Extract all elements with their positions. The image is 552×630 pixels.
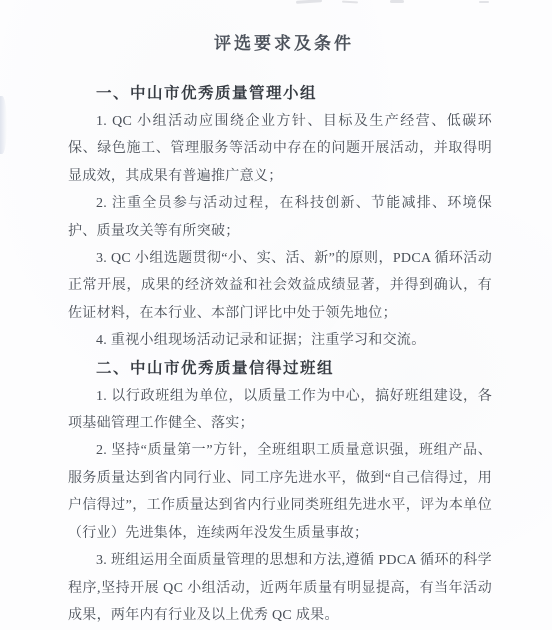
document-page: 评选要求及条件 一、中山市优秀质量管理小组 1. QC 小组活动应围绕企业方针、…	[0, 0, 552, 630]
paragraph: 2. 坚持“质量第一”方针，全班组职工质量意识强，班组产品、服务质量达到省内同行…	[68, 437, 492, 547]
scan-artifact	[0, 96, 7, 154]
paragraph: 2. 注重全员参与活动过程，在科技创新、节能减排、环境保护、质量攻关等有所突破；	[68, 190, 492, 245]
paragraph: 3. 班组运用全面质量管理的思想和方法,遵循 PDCA 循环的科学程序,坚持开展…	[68, 547, 492, 629]
paragraph: 1. QC 小组活动应围绕企业方针、目标及生产经营、低碳环保、绿色施工、管理服务…	[68, 108, 492, 190]
paragraph: 1. 以行政班组为单位，以质量工作为中心，搞好班组建设，各项基础管理工作健全、落…	[68, 383, 492, 438]
page-title: 评选要求及条件	[0, 0, 552, 54]
scan-artifact	[390, 0, 404, 3]
paragraph: 4. 重视小组现场活动记录和证据；注重学习和交流。	[68, 327, 492, 354]
document-body: 一、中山市优秀质量管理小组 1. QC 小组活动应围绕企业方针、目标及生产经营、…	[68, 80, 492, 629]
section-1-heading: 一、中山市优秀质量管理小组	[68, 80, 492, 108]
scan-artifact	[479, 1, 489, 3]
paragraph: 3. QC 小组选题贯彻“小、实、活、新”的原则，PDCA 循环活动正常开展，成…	[68, 245, 492, 327]
section-2-heading: 二、中山市优秀质量信得过班组	[68, 355, 492, 383]
